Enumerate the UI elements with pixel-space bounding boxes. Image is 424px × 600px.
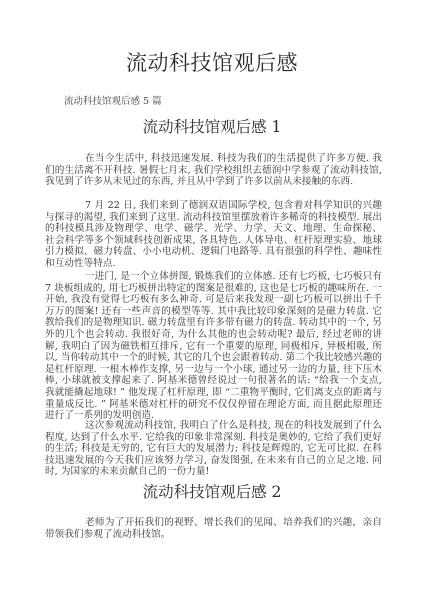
section-1-paragraph-1: 在当今生活中, 科技迅速发展. 科技为我们的生活提供了许多方便. 我们的生活离不… bbox=[45, 153, 382, 188]
document-page: 流动科技馆观后感 流动科技馆观后感 5 篇 流动科技馆观后感 1 在当今生活中,… bbox=[0, 0, 424, 600]
section-1-paragraph-4: 这次参观流动科技馆, 我明白了什么是科技, 现在的科技发展到了什么程度, 达到了… bbox=[45, 420, 382, 478]
section-1-paragraph-3: 一进门, 是一个立体拼图, 锻炼我们的立体感. 还有七巧板, 七巧板只有 7 块… bbox=[45, 271, 382, 422]
section-1-paragraph-2: 7 月 22 日, 我们来到了德润双语国际学校, 包含着对科学知识的兴趣与探寻的… bbox=[45, 200, 382, 270]
section-2-heading: 流动科技馆观后感 2 bbox=[0, 482, 424, 502]
document-title: 流动科技馆观后感 bbox=[0, 50, 424, 76]
section-1-heading: 流动科技馆观后感 1 bbox=[0, 117, 424, 137]
section-2-paragraph-1: 老师为了开拓我们的视野、增长我们的见闻、培养我们的兴趣，亲自带领我们参观了流动科… bbox=[45, 517, 382, 540]
document-subtitle: 流动科技馆观后感 5 篇 bbox=[64, 96, 162, 108]
